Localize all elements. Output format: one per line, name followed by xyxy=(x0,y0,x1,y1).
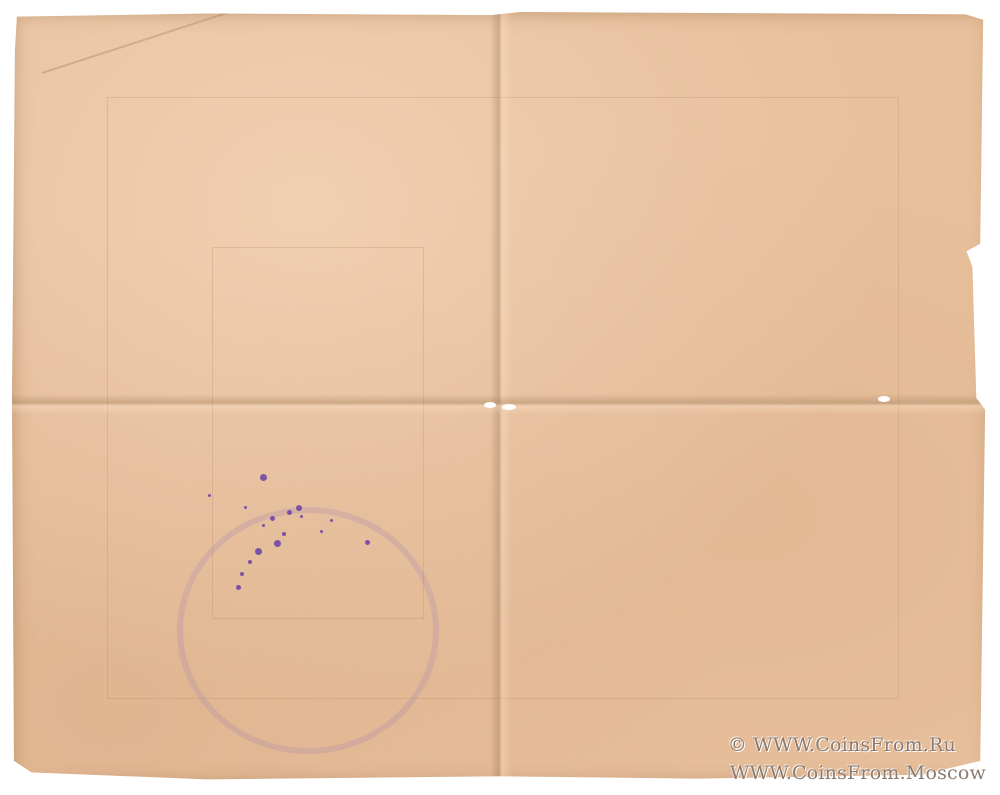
paper-hole xyxy=(878,396,890,402)
ink-dot xyxy=(248,560,252,564)
ink-dot xyxy=(320,530,323,533)
horizontal-fold xyxy=(12,394,990,414)
ink-dot xyxy=(240,572,244,576)
ink-dot xyxy=(270,516,275,521)
ink-dot xyxy=(330,519,333,522)
ink-dot xyxy=(365,540,370,545)
banknote xyxy=(12,12,990,784)
ink-dot xyxy=(274,540,281,547)
ink-dot xyxy=(300,515,303,518)
ink-dot xyxy=(262,524,265,527)
ink-dot xyxy=(296,505,302,511)
ink-dot xyxy=(208,494,211,497)
ink-dot xyxy=(255,548,262,555)
ink-dot xyxy=(244,506,247,509)
ink-dot xyxy=(236,585,241,590)
diagonal-crease xyxy=(42,0,651,74)
watermark-line-2: WWW.CoinsFrom.Moscow xyxy=(730,762,986,784)
ink-dot xyxy=(287,510,292,515)
faded-stamp xyxy=(177,507,439,754)
paper-hole xyxy=(502,404,516,410)
ink-dot xyxy=(260,474,267,481)
ink-dot xyxy=(282,532,286,536)
watermark-line-1: © WWW.CoinsFrom.Ru xyxy=(728,734,956,756)
paper-hole xyxy=(484,402,496,408)
